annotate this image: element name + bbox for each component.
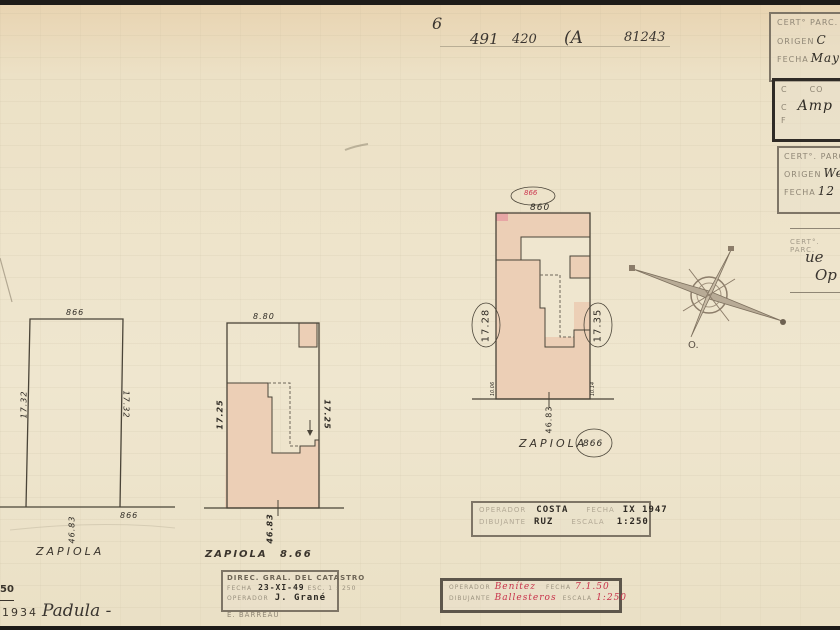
- plot-3-street: ZAPIOLA: [519, 437, 587, 450]
- plot-3-frontage: 866: [583, 439, 603, 449]
- stamp-label: FECHA: [227, 585, 252, 592]
- catastro-stamp-below: E. BARREAU: [227, 611, 280, 619]
- stamp-value: IX 1947: [623, 505, 668, 515]
- plot-2-left-dim: 17.25: [216, 395, 225, 435]
- plot-2-frontage: 8.66: [280, 549, 313, 560]
- stamp-value: Benítez: [495, 582, 536, 592]
- stamp-label: DIBUJANTE: [479, 518, 526, 526]
- stamp-value: 7.1.50: [575, 582, 610, 592]
- stamp-label: FECHA: [586, 506, 614, 514]
- stamp-label: OPERADOR: [449, 584, 491, 591]
- plot-1-left-dim: 17.32: [20, 385, 29, 425]
- stamp-label: ESC.: [308, 585, 326, 592]
- stamp-label: ESCALA: [563, 595, 592, 602]
- compass-rose-icon: [629, 246, 786, 337]
- stamp-value: J. Grané: [275, 593, 326, 603]
- stamp-value: COSTA: [536, 505, 568, 515]
- stamp-value: 1 : 250: [328, 585, 356, 592]
- stamp-value: 1:250: [596, 593, 627, 603]
- plot-2-street: ZAPIOLA: [205, 549, 268, 560]
- plot-1-right-dim: 17.32: [122, 385, 131, 425]
- footer-left-number: 50: [0, 584, 14, 595]
- plot-3-distance: 46.83: [545, 400, 554, 440]
- plot-1-top-dim: 866: [66, 308, 84, 317]
- stamp-label: FECHA: [546, 584, 571, 591]
- plot-1-street: ZAPIOLA: [36, 545, 104, 558]
- plot-3-right-dim: 17.35: [593, 306, 604, 346]
- stamp-title: DIREC. GRAL. DEL CATASTRO: [227, 574, 337, 582]
- plot-3-left-dim: 17.28: [481, 306, 492, 346]
- compass-label: O.: [688, 340, 699, 351]
- stamp-value: RUZ: [534, 517, 553, 527]
- stamp-label: OPERADOR: [227, 595, 269, 602]
- plot-3-top-dim: 860: [530, 203, 550, 213]
- footer-year: 1934: [2, 606, 38, 619]
- plot-drawings: [0, 0, 840, 630]
- footer-rule: [0, 600, 14, 601]
- plot-1-distance: 46.83: [68, 510, 77, 550]
- plot-3-corner-left: 10.06: [490, 374, 496, 404]
- plot-3-top-dim-red: 866: [524, 189, 537, 197]
- catastro-stamp: DIREC. GRAL. DEL CATASTRO FECHA23-XI-49E…: [221, 570, 339, 612]
- plot-2-distance: 46.83: [266, 509, 275, 549]
- stamp-value: 23-XI-49: [258, 583, 305, 592]
- stamp-label: OPERADOR: [479, 506, 526, 514]
- plot-2-top-dim: 8.80: [253, 312, 275, 321]
- plot-2-right-dim: 17.25: [323, 395, 332, 435]
- stamp-value: Ballesteros: [495, 593, 557, 603]
- stamp-value: 1:250: [617, 517, 649, 527]
- plot-1-bottom-dim: 866: [120, 511, 138, 520]
- footer-signature: Padula -: [42, 601, 111, 621]
- plot-3-corner-right: 10.14: [590, 374, 596, 404]
- stamp-label: ESCALA: [571, 518, 604, 526]
- stamp-label: DIBUJANTE: [449, 595, 491, 602]
- operator-stamp: OPERADORCOSTAFECHAIX 1947 DIBUJANTERUZES…: [471, 501, 651, 537]
- red-ink-stamp: OPERADORBenítezFECHA7.1.50 DIBUJANTEBall…: [440, 578, 622, 613]
